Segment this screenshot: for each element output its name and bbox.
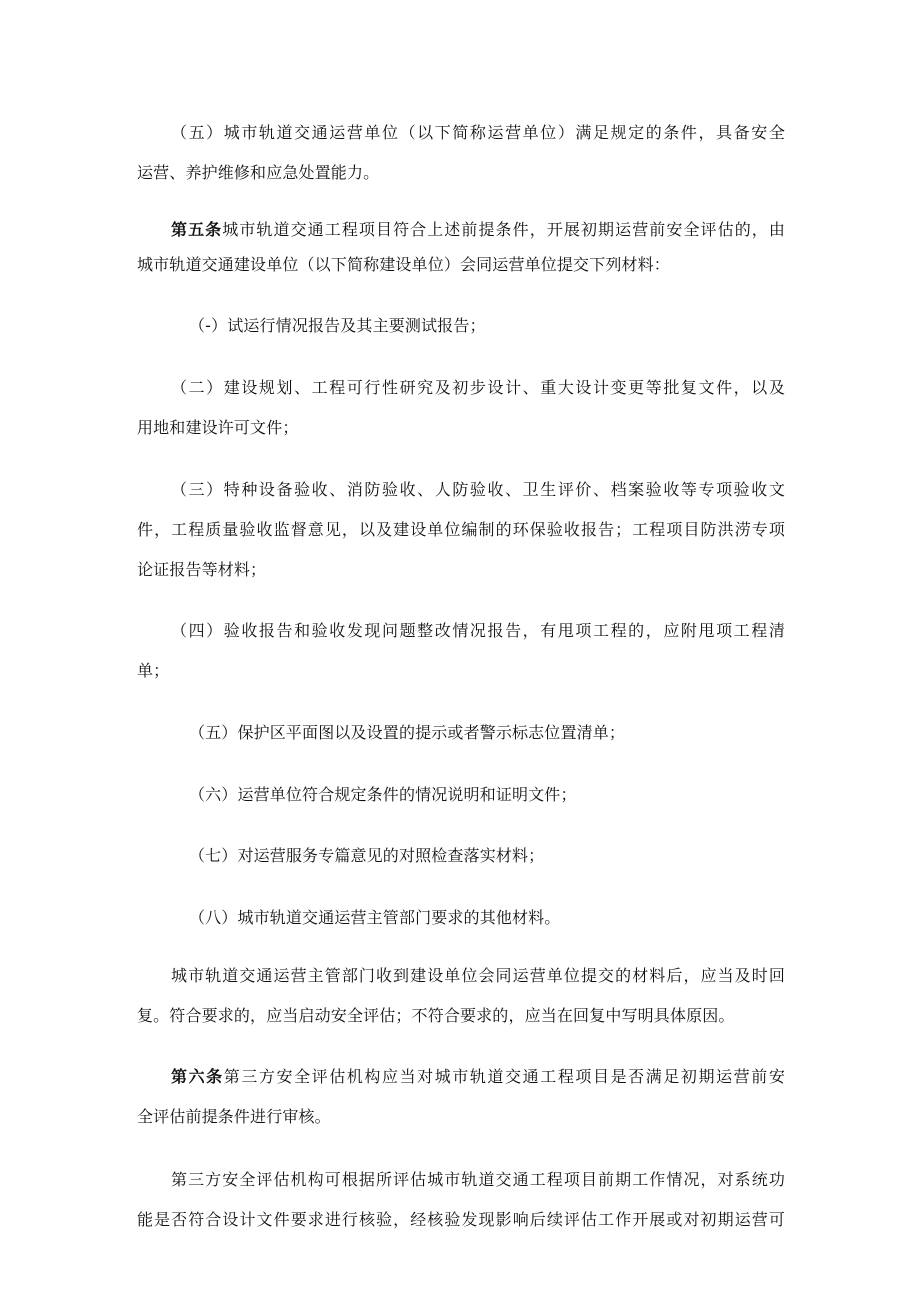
list-item: （六）运营单位符合规定条件的情况说明和证明文件； xyxy=(137,784,785,806)
paragraph-line: 单； xyxy=(137,660,785,682)
list-item: （八）城市轨道交通运营主管部门要求的其他材料。 xyxy=(137,907,785,929)
paragraph-line: 复。符合要求的，应当启动安全评估；不符合要求的，应当在回复中写明具体原因。 xyxy=(137,1005,785,1027)
article-heading: 第六条 xyxy=(171,1067,224,1086)
list-item: （-）试运行情况报告及其主要测试报告； xyxy=(137,315,785,337)
paragraph-line: 论证报告等材料； xyxy=(137,559,785,581)
paragraph-line: 第三方安全评估机构可根据所评估城市轨道交通工程项目前期工作情况，对系统功 xyxy=(137,1169,785,1191)
paragraph-line: 用地和建设许可文件； xyxy=(137,417,785,439)
article-5-line: 第五条城市轨道交通工程项目符合上述前提条件，开展初期运营前安全评估的，由 xyxy=(137,219,785,241)
paragraph-line: 能是否符合设计文件要求进行核验，经核验发现影响后续评估工作开展或对初期运营可 xyxy=(137,1209,785,1231)
article-text: 第三方安全评估机构应当对城市轨道交通工程项目是否满足初期运营前安 xyxy=(224,1067,785,1086)
paragraph-line: 全评估前提条件进行审核。 xyxy=(137,1106,785,1128)
list-item: （二）建设规划、工程可行性研究及初步设计、重大设计变更等批复文件，以及 xyxy=(137,377,785,399)
paragraph-line: （五）城市轨道交通运营单位（以下简称运营单位）满足规定的条件，具备安全 xyxy=(137,122,785,144)
article-text: 城市轨道交通工程项目符合上述前提条件，开展初期运营前安全评估的，由 xyxy=(222,220,785,239)
list-item: （七）对运营服务专篇意见的对照检查落实材料； xyxy=(137,845,785,867)
list-item: （五）保护区平面图以及设置的提示或者警示标志位置清单； xyxy=(137,722,785,744)
paragraph-line: 件，工程质量验收监督意见，以及建设单位编制的环保验收报告；工程项目防洪涝专项 xyxy=(137,519,785,541)
list-item: （四）验收报告和验收发现问题整改情况报告，有甩项工程的，应附甩项工程清 xyxy=(137,620,785,642)
paragraph-line: 城市轨道交通建设单位（以下简称建设单位）会同运营单位提交下列材料： xyxy=(137,254,785,276)
article-heading: 第五条 xyxy=(171,220,222,239)
paragraph-line: 运营、养护维修和应急处置能力。 xyxy=(137,162,785,184)
list-item: （三）特种设备验收、消防验收、人防验收、卫生评价、档案验收等专项验收文 xyxy=(137,479,785,501)
article-6-line: 第六条第三方安全评估机构应当对城市轨道交通工程项目是否满足初期运营前安 xyxy=(137,1066,785,1088)
paragraph-line: 城市轨道交通运营主管部门收到建设单位会同运营单位提交的材料后，应当及时回 xyxy=(137,965,785,987)
